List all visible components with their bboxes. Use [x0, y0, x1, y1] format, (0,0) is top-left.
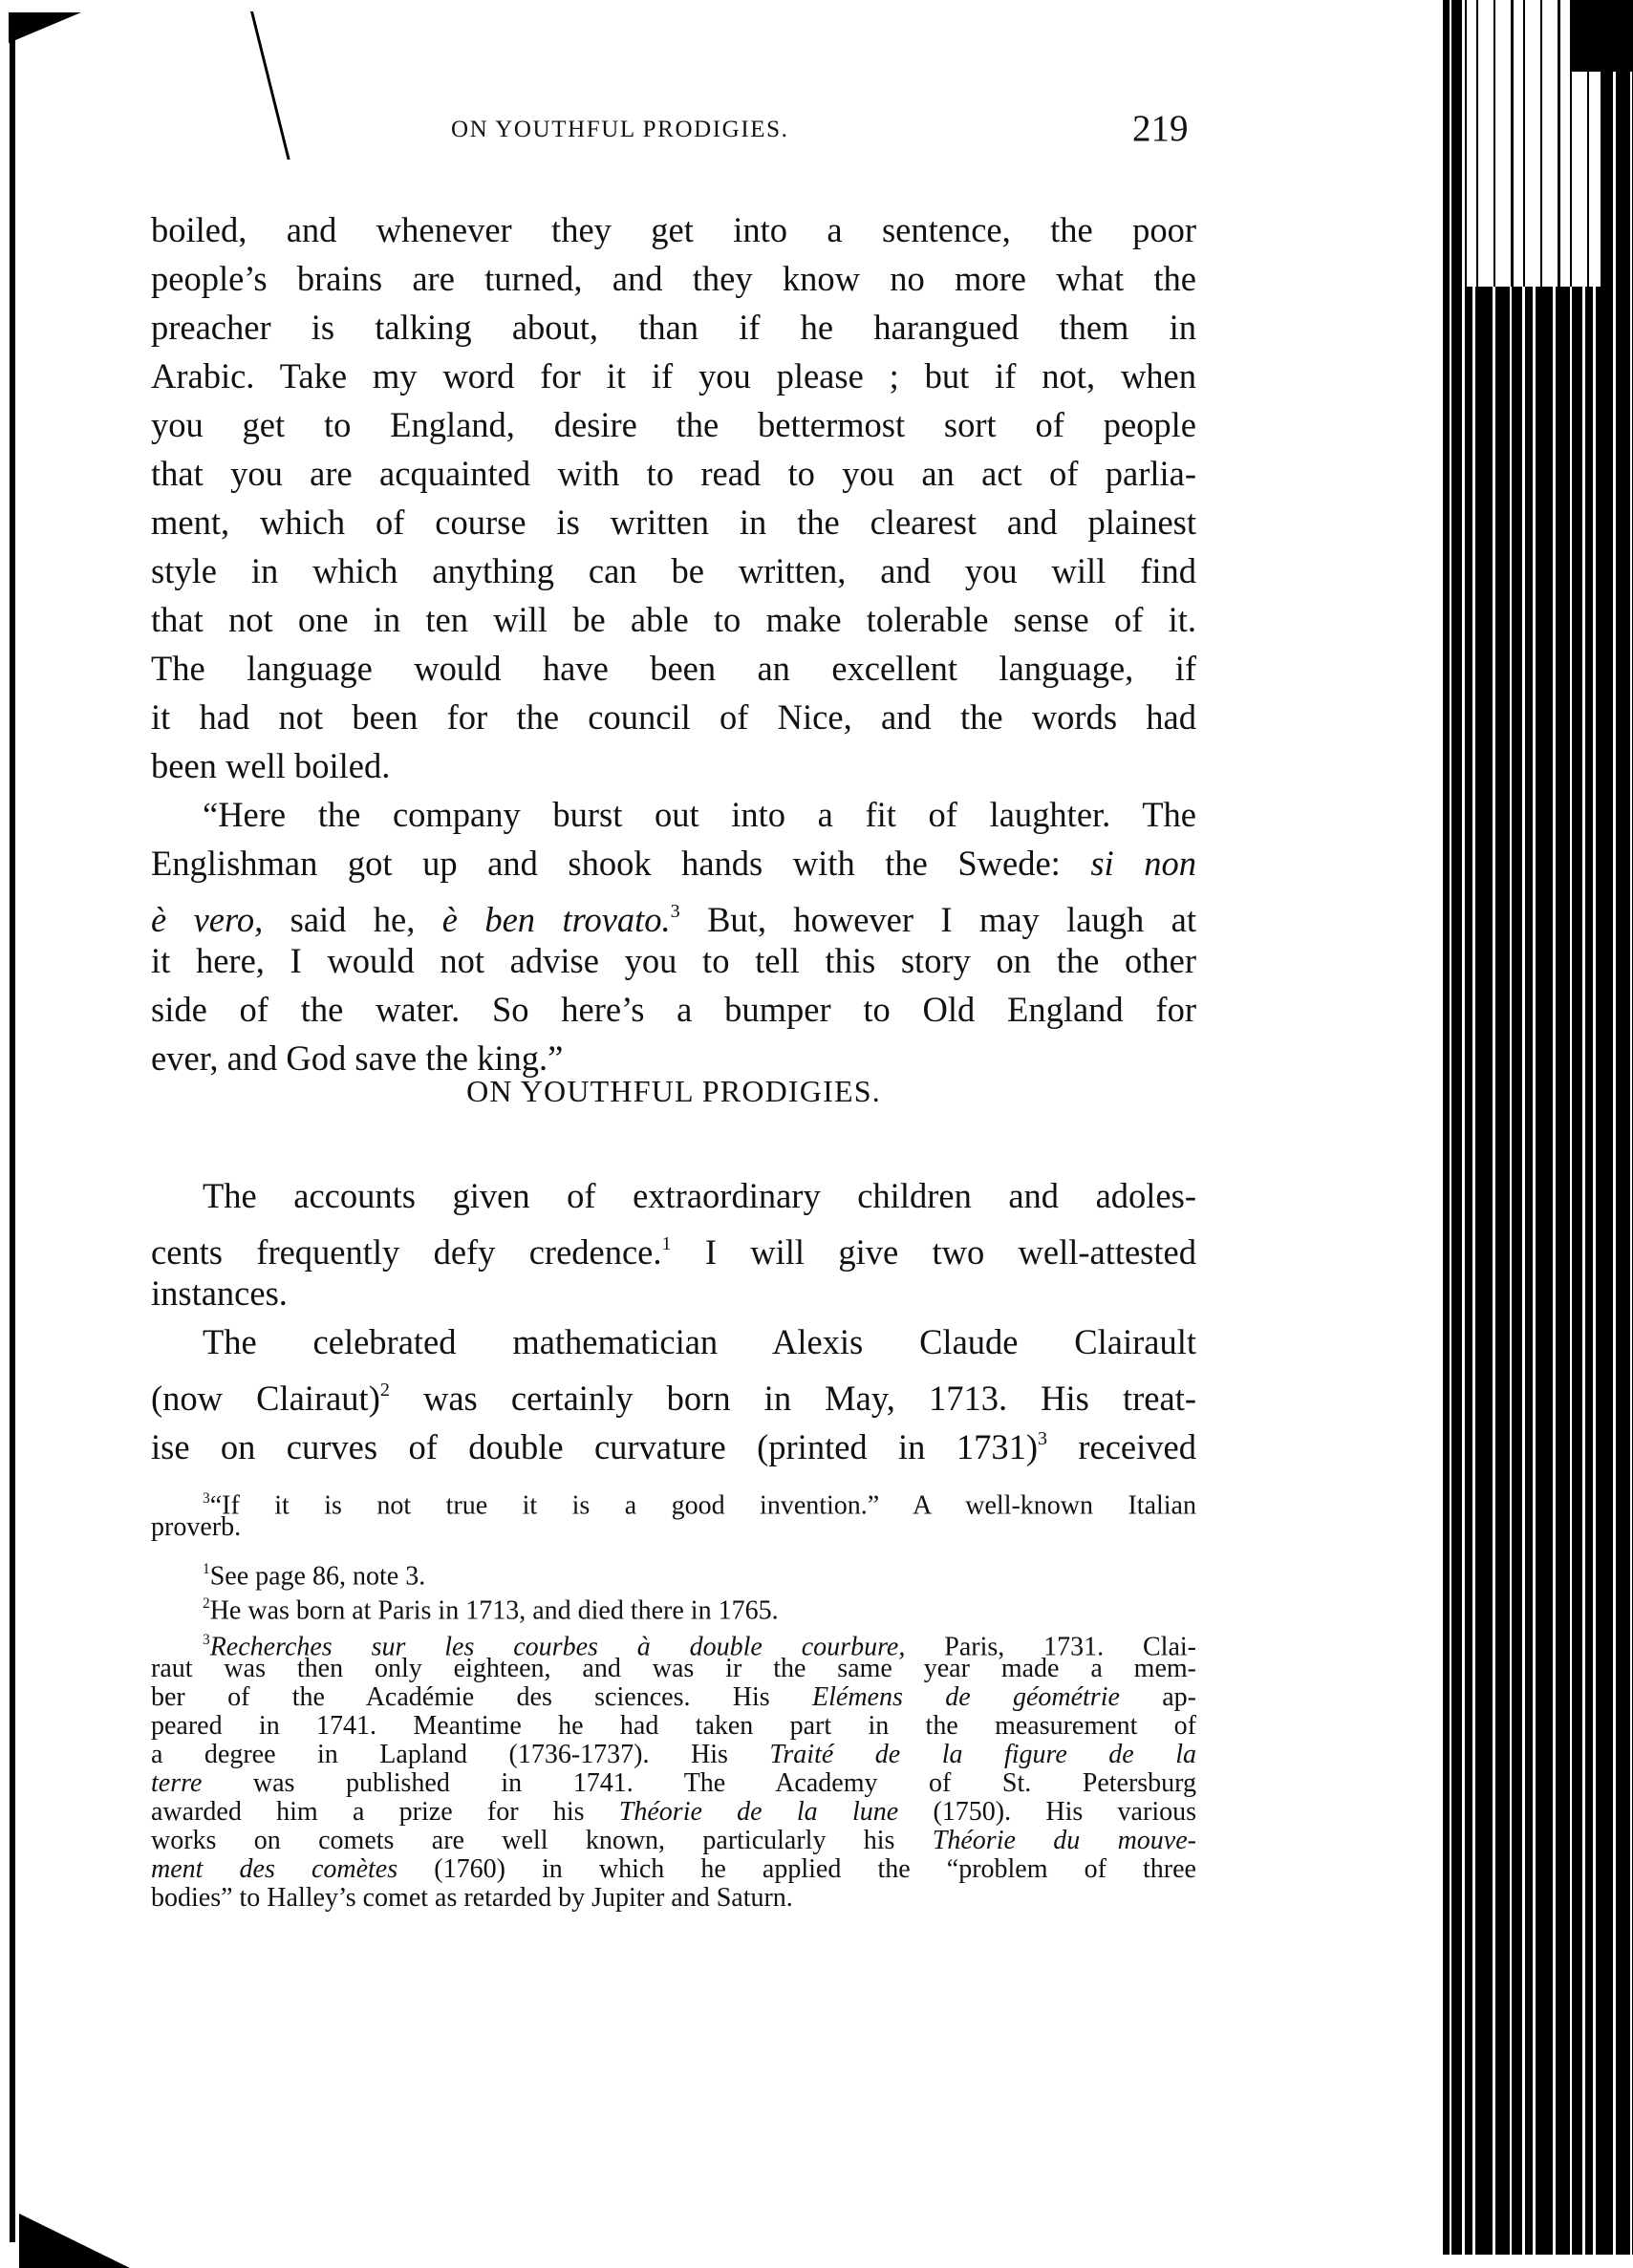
text-run: was certainly born in May, 1713. His tre… — [390, 1379, 1196, 1418]
text-line: preacher is talking about, than if he ha… — [151, 303, 1196, 352]
footnote-line: 3“If it is not true it is a good inventi… — [151, 1485, 1196, 1513]
text-line: è vero, said he, è ben trovato.3 But, ho… — [151, 888, 1196, 936]
book-binding-cap — [1572, 0, 1633, 72]
footnote-line: peared in 1741. Meantime he had taken pa… — [151, 1712, 1196, 1741]
text-run: ber of the Académie des sciences. His — [151, 1682, 812, 1712]
text-run: cents frequently defy credence. — [151, 1232, 662, 1272]
italic-phrase: Elémens de géométrie — [812, 1682, 1120, 1712]
italic-phrase: si non — [1090, 844, 1196, 883]
footnote-line: 1See page 86, note 3. — [151, 1555, 1196, 1584]
text-line: The language would have been an excellen… — [151, 644, 1196, 693]
footnote-line: works on comets are well known, particul… — [151, 1827, 1196, 1855]
italic-phrase: Traité de la figure de la — [769, 1740, 1196, 1769]
text-run: was published in 1741. The Academy of St… — [202, 1768, 1196, 1798]
running-head: ON YOUTHFUL PRODIGIES. — [451, 117, 789, 143]
text-line: that not one in ten will be able to make… — [151, 595, 1196, 644]
body-section: The accounts given of extraordinary chil… — [151, 1171, 1196, 1464]
text-line: instances. — [151, 1269, 1196, 1317]
text-run: (now Clairaut) — [151, 1379, 380, 1418]
text-run: received — [1047, 1427, 1196, 1466]
footnote-line: raut was then only eighteen, and was ir … — [151, 1655, 1196, 1683]
text-run: (1750). His various — [898, 1797, 1196, 1827]
footnote-line: terre was published in 1741. The Academy… — [151, 1769, 1196, 1798]
text-run: a degree in Lapland (1736-1737). His — [151, 1740, 769, 1769]
text-line: been well boiled. — [151, 741, 1196, 790]
scan-slant-line — [250, 11, 290, 160]
footnote-line: ber of the Académie des sciences. His El… — [151, 1683, 1196, 1712]
text-line: ment, which of course is written in the … — [151, 498, 1196, 546]
text-line: it here, I would not advise you to tell … — [151, 936, 1196, 985]
text-run: But, however I may laugh at — [680, 900, 1196, 939]
text-line: The accounts given of extraordinary chil… — [151, 1171, 1196, 1220]
italic-phrase: è ben trovato. — [442, 900, 671, 939]
footnote-mark: 3 — [203, 1632, 210, 1648]
footnote-line: 2He was born at Paris in 1713, and died … — [151, 1590, 1196, 1618]
footnote-line: ment des comètes (1760) in which he appl… — [151, 1855, 1196, 1884]
text-line: Arabic. Take my word for it if you pleas… — [151, 352, 1196, 400]
text-run: works on comets are well known, particul… — [151, 1826, 933, 1855]
italic-phrase: Théorie de la lune — [619, 1797, 898, 1827]
footnote-ref[interactable]: 1 — [662, 1233, 672, 1254]
text-run: ap- — [1120, 1682, 1196, 1712]
text-run: awarded him a prize for his — [151, 1797, 619, 1827]
scan-corner-bottom-left — [19, 2214, 130, 2268]
text-line: ise on curves of double curvature (print… — [151, 1415, 1196, 1464]
text-line: (now Clairaut)2 was certainly born in Ma… — [151, 1366, 1196, 1415]
text-line: people’s brains are turned, and they kno… — [151, 254, 1196, 303]
text-line: cents frequently defy credence.1 I will … — [151, 1220, 1196, 1269]
italic-phrase: Théorie du mouve- — [933, 1826, 1196, 1855]
page-number: 219 — [1132, 107, 1189, 150]
footnote-line: awarded him a prize for his Théorie de l… — [151, 1798, 1196, 1827]
book-binding-edge — [1443, 0, 1633, 2255]
text-line: style in which anything can be written, … — [151, 546, 1196, 595]
footnote-line: 3Recherches sur les courbes à double cou… — [151, 1626, 1196, 1655]
text-run: ise on curves of double curvature (print… — [151, 1427, 1038, 1466]
footnote-ref[interactable]: 3 — [671, 901, 680, 922]
text-line: it had not been for the council of Nice,… — [151, 693, 1196, 741]
text-line: The celebrated mathematician Alexis Clau… — [151, 1317, 1196, 1366]
text-run: Englishman got up and shook hands with t… — [151, 844, 1090, 883]
text-run: said he, — [263, 900, 442, 939]
footnote-line: a degree in Lapland (1736-1737). His Tra… — [151, 1741, 1196, 1769]
text-line: Englishman got up and shook hands with t… — [151, 839, 1196, 888]
text-run: See page 86, note 3. — [210, 1562, 426, 1592]
scan-corner-top-left — [9, 12, 81, 43]
text-line: boiled, and whenever they get into a sen… — [151, 205, 1196, 254]
text-run: I will give two well-attested — [672, 1232, 1196, 1272]
footnote-mark: 3 — [203, 1490, 210, 1507]
text-run: He was born at Paris in 1713, and died t… — [210, 1596, 779, 1626]
footnote-ref[interactable]: 2 — [380, 1380, 390, 1401]
footnote-line: bodies” to Halley’s comet as retarded by… — [151, 1884, 1196, 1913]
text-run: “If it is not true it is a good inventio… — [210, 1491, 1196, 1521]
section-heading: ON YOUTHFUL PRODIGIES. — [151, 1074, 1196, 1109]
italic-phrase: terre — [151, 1768, 202, 1798]
text-line: side of the water. So here’s a bumper to… — [151, 985, 1196, 1034]
footnotes: 3“If it is not true it is a good inventi… — [151, 1485, 1196, 1913]
italic-phrase: è vero, — [151, 900, 263, 939]
footnote-ref[interactable]: 3 — [1038, 1428, 1047, 1449]
footnote-mark: 1 — [203, 1561, 210, 1577]
text-line: you get to England, desire the bettermos… — [151, 400, 1196, 449]
text-line: that you are acquainted with to read to … — [151, 449, 1196, 498]
text-run: (1760) in which he applied the “problem … — [398, 1854, 1196, 1884]
italic-phrase: ment des comètes — [151, 1854, 398, 1884]
body-paragraph-continued: boiled, and whenever they get into a sen… — [151, 205, 1196, 1082]
text-line: “Here the company burst out into a fit o… — [151, 790, 1196, 839]
footnote-mark: 2 — [203, 1595, 210, 1612]
scan-left-edge — [10, 12, 15, 2242]
